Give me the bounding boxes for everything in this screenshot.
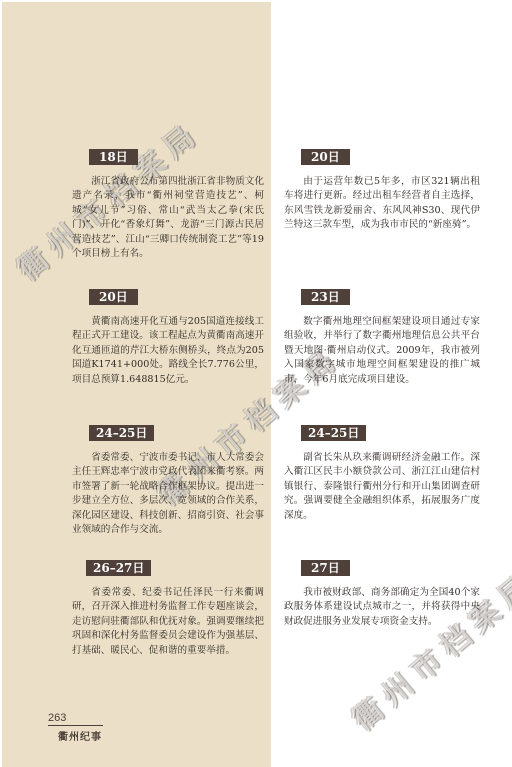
page-footer: 263 衢州纪事 [48, 712, 103, 743]
event-text: 副省长朱从玖来衢调研经济金融工作。深入衢江区民丰小额贷款公司、浙江江山建信村镇银… [284, 451, 480, 523]
date-badge: 27日 [301, 560, 350, 576]
event-text: 黄衢南高速开化互通与205国道连接线工程正式开工建设。该工程起点为黄衢南高速开化… [72, 315, 264, 387]
section-title: 衢州纪事 [48, 728, 103, 743]
event-text: 我市被财政部、商务部确定为全国40个家政服务体系建设试点城市之一，并将获得中央财… [284, 586, 480, 629]
event-entry: 24–25日 副省长朱从玖来衢调研经济金融工作。深入衢江区民丰小额贷款公司、浙江… [284, 422, 480, 523]
event-entry: 24–25日 省委常委、宁波市委书记、市人大常委会主任王辉忠率宁波市党政代表团来… [72, 422, 264, 537]
event-text: 省委常委、宁波市委书记、市人大常委会主任王辉忠率宁波市党政代表团来衢考察。两市签… [72, 451, 264, 537]
event-text: 浙江省政府公布第四批浙江省非物质文化遗产名录，我市“衢州祠堂营造技艺”、柯城“女… [72, 175, 264, 261]
event-entry: 20日 由于运营年数已5年多，市区321辆出租车将进行更新。经过出租车经营者自主… [284, 146, 480, 233]
date-badge: 18日 [89, 149, 138, 165]
event-entry: 26–27日 省委常委、纪委书记任泽民一行来衢调研，召开深入推进村务监督工作专题… [72, 557, 264, 658]
date-badge: 26–27日 [86, 560, 151, 576]
event-text: 由于运营年数已5年多，市区321辆出租车将进行更新。经过出租车经营者自主选择，东… [284, 175, 480, 233]
event-entry: 27日 我市被财政部、商务部确定为全国40个家政服务体系建设试点城市之一，并将获… [284, 557, 480, 629]
date-badge: 20日 [89, 289, 138, 305]
date-badge: 24–25日 [301, 425, 366, 441]
event-entry: 23日 数字衢州地理空间框架建设项目通过专家组验收，并举行了数字衢州地理信息公共… [284, 286, 480, 387]
event-entry: 18日 浙江省政府公布第四批浙江省非物质文化遗产名录，我市“衢州祠堂营造技艺”、… [72, 146, 264, 261]
page-number: 263 [48, 712, 103, 726]
event-text: 省委常委、纪委书记任泽民一行来衢调研，召开深入推进村务监督工作专题座谈会，走访慰… [72, 586, 264, 658]
event-text: 数字衢州地理空间框架建设项目通过专家组验收，并举行了数字衢州地理信息公共平台暨天… [284, 315, 480, 387]
date-badge: 24–25日 [89, 425, 154, 441]
event-entry: 20日 黄衢南高速开化互通与205国道连接线工程正式开工建设。该工程起点为黄衢南… [72, 286, 264, 387]
date-badge: 20日 [301, 149, 350, 165]
date-badge: 23日 [301, 289, 350, 305]
